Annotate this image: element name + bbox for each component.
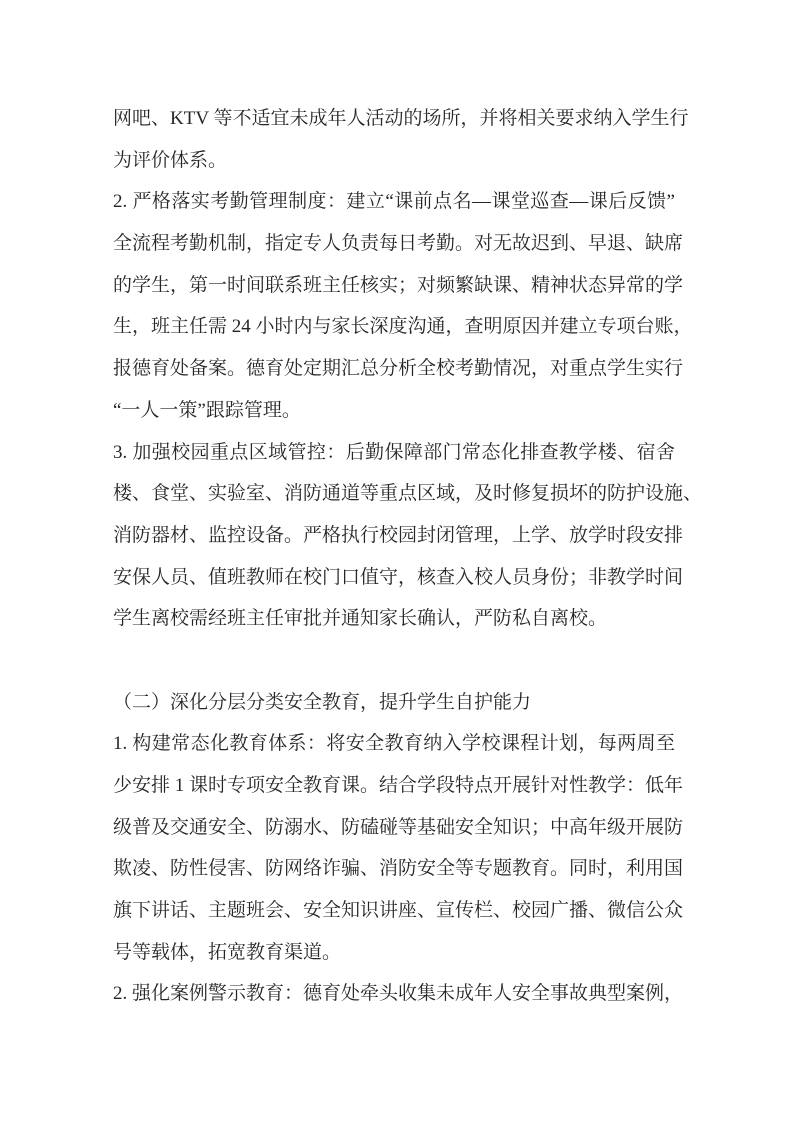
document-page: 网吧、KTV 等不适宜未成年人活动的场所，并将相关要求纳入学生行为评价体系。2.… [0,0,793,1122]
text-line: 的学生，第一时间联系班主任核实；对频繁缺课、精神状态异常的学 [113,265,675,307]
text-line: 全流程考勤机制，指定专人负责每日考勤。对无故迟到、早退、缺席 [113,223,675,265]
empty-line [113,640,675,682]
text-line: 生，班主任需 24 小时内与家长深度沟通，查明原因并建立专项台账， [113,306,675,348]
text-line: 为评价体系。 [113,140,675,182]
text-line: 旗下讲话、主题班会、安全知识讲座、宣传栏、校园广播、微信公众 [113,890,675,932]
text-line: 欺凌、防性侵害、防网络诈骗、消防安全等专题教育。同时，利用国 [113,848,675,890]
text-line: 2. 强化案例警示教育：德育处牵头收集未成年人安全事故典型案例， [113,973,675,1015]
text-line: 号等载体，拓宽教育渠道。 [113,932,675,974]
text-line: 学生离校需经班主任审批并通知家长确认，严防私自离校。 [113,598,675,640]
text-line: 安保人员、值班教师在校门口值守，核查入校人员身份；非教学时间 [113,557,675,599]
document-text-block: 网吧、KTV 等不适宜未成年人活动的场所，并将相关要求纳入学生行为评价体系。2.… [113,98,675,1015]
text-line: （二）深化分层分类安全教育，提升学生自护能力 [113,682,675,724]
text-line: 楼、食堂、实验室、消防通道等重点区域，及时修复损坏的防护设施、 [113,473,675,515]
text-line: “一人一策”跟踪管理。 [113,390,675,432]
text-line: 2. 严格落实考勤管理制度：建立“课前点名—课堂巡查—课后反馈” [113,181,675,223]
text-line: 消防器材、监控设备。严格执行校园封闭管理，上学、放学时段安排 [113,515,675,557]
text-line: 网吧、KTV 等不适宜未成年人活动的场所，并将相关要求纳入学生行 [113,98,675,140]
text-line: 少安排 1 课时专项安全教育课。结合学段特点开展针对性教学：低年 [113,765,675,807]
text-line: 1. 构建常态化教育体系：将安全教育纳入学校课程计划，每两周至 [113,723,675,765]
text-line: 级普及交通安全、防溺水、防磕碰等基础安全知识；中高年级开展防 [113,807,675,849]
text-line: 3. 加强校园重点区域管控：后勤保障部门常态化排查教学楼、宿舍 [113,432,675,474]
text-line: 报德育处备案。德育处定期汇总分析全校考勤情况，对重点学生实行 [113,348,675,390]
